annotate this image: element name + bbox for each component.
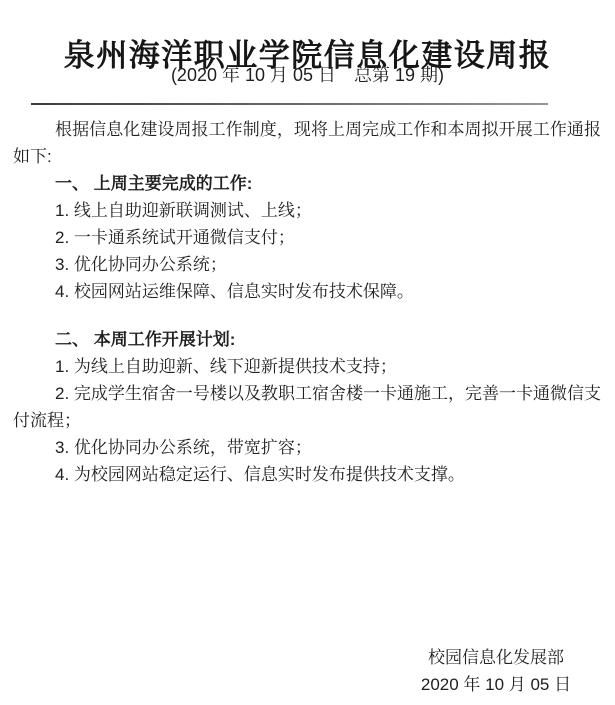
section-2-item-2: 2. 完成学生宿舍一号楼以及教职工宿舍楼一卡通施工，完善一卡通微信支付流程； (13, 380, 601, 434)
intro-paragraph: 根据信息化建设周报工作制度，现将上周完成工作和本周拟开展工作通报如下: (13, 116, 601, 170)
signature-block: 校园信息化发展部 2020 年 10 月 05 日 (392, 644, 600, 698)
issue-date-line: (2020 年 10 月 05 日 总第 19 期) (0, 61, 615, 87)
section-1-item-2: 2. 一卡通系统试开通微信支付； (13, 224, 601, 251)
section-2-item-4: 4. 为校园网站稳定运行、信息实时发布提供技术支撑。 (13, 461, 601, 488)
signature-department: 校园信息化发展部 (392, 644, 600, 671)
title-divider (31, 103, 548, 105)
section-1-item-3: 3. 优化协同办公系统； (13, 251, 601, 278)
section-1-item-4: 4. 校园网站运维保障、信息实时发布技术保障。 (13, 278, 601, 305)
report-page: 泉州海洋职业学院信息化建设周报 (2020 年 10 月 05 日 总第 19 … (0, 0, 615, 705)
section-2-item-1: 1. 为线上自助迎新、线下迎新提供技术支持； (13, 353, 601, 380)
section-1-item-1: 1. 线上自助迎新联调测试、上线； (13, 197, 601, 224)
section-1-heading: 一、 上周主要完成的工作: (13, 170, 601, 197)
section-2-heading: 二、 本周工作开展计划: (13, 326, 601, 353)
signature-date: 2020 年 10 月 05 日 (392, 671, 600, 698)
section-2-item-3: 3. 优化协同办公系统，带宽扩容； (13, 434, 601, 461)
report-body: 根据信息化建设周报工作制度，现将上周完成工作和本周拟开展工作通报如下: 一、 上… (13, 116, 601, 488)
